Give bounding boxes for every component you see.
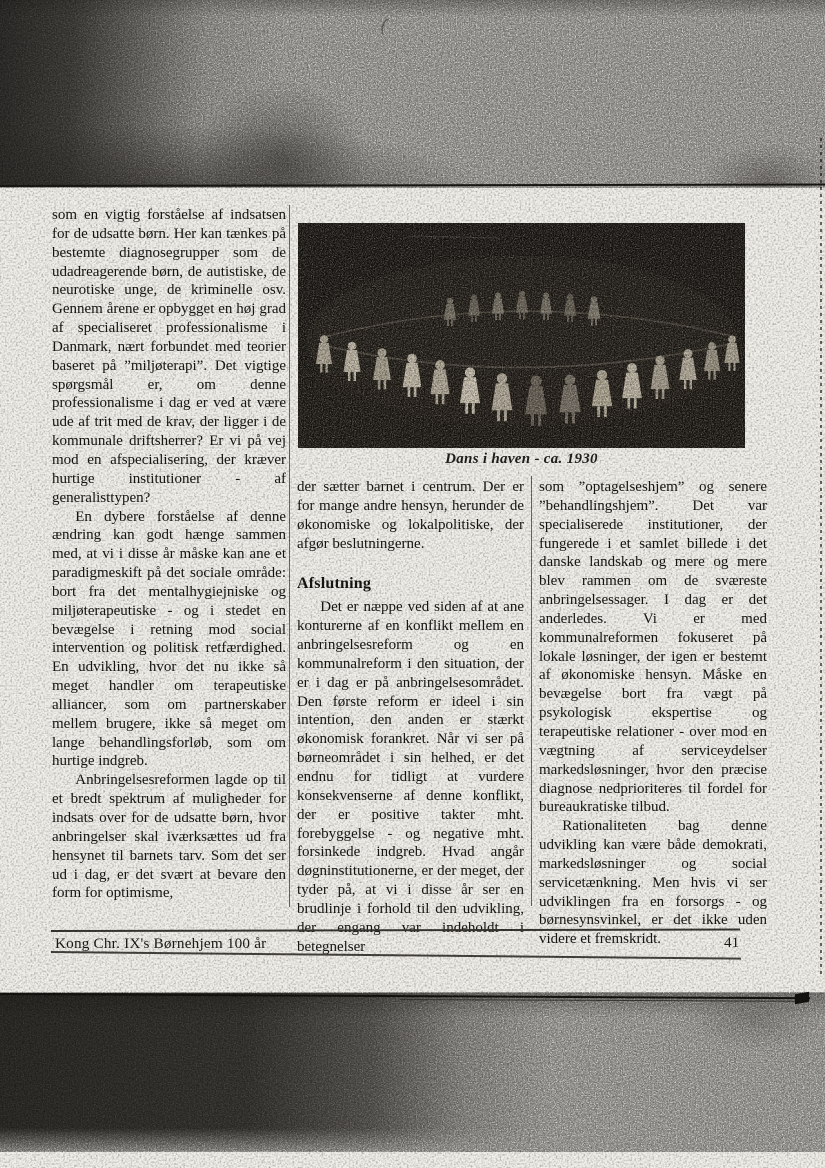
paragraph-col1-1: som en vigtig forståelse af indsatsen fo… [52, 206, 286, 508]
photo-illustration [298, 223, 745, 448]
text-column-1: som en vigtig forståelse af indsatsen fo… [52, 206, 286, 903]
section-heading-afslutning: Afslutning [297, 574, 524, 593]
scan-shadow-top [0, 0, 825, 187]
footer-title: Kong Chr. IX's Børnehjem 100 år [55, 935, 266, 953]
paragraph-col2-2: Det er næppe ved siden af at ane konture… [297, 598, 524, 956]
text-column-2: der sætter barnet i centrum. Der er for … [297, 478, 524, 956]
page-number: 41 [724, 934, 739, 952]
scanned-page: ( [0, 0, 825, 1168]
column-separator-1 [289, 205, 290, 907]
paragraph-col2-1: der sætter barnet i centrum. Der er for … [297, 478, 524, 553]
paragraph-col3-1: som ”optagelseshjem” og senere ”behandli… [539, 478, 767, 817]
paragraph-col1-2: En dybere forståelse af denne ændring ka… [52, 508, 286, 772]
photo-dans-i-haven [298, 223, 745, 448]
column-separator-2 [531, 476, 532, 906]
photo-caption: Dans i haven - ca. 1930 [298, 451, 745, 468]
text-column-3: som ”optagelseshjem” og senere ”behandli… [539, 478, 767, 949]
scan-right-edge-dots [820, 138, 822, 976]
scan-shadow-fade [0, 1128, 825, 1154]
paragraph-col1-3: Anbringelsesreformen lagde op til et bre… [52, 771, 286, 903]
